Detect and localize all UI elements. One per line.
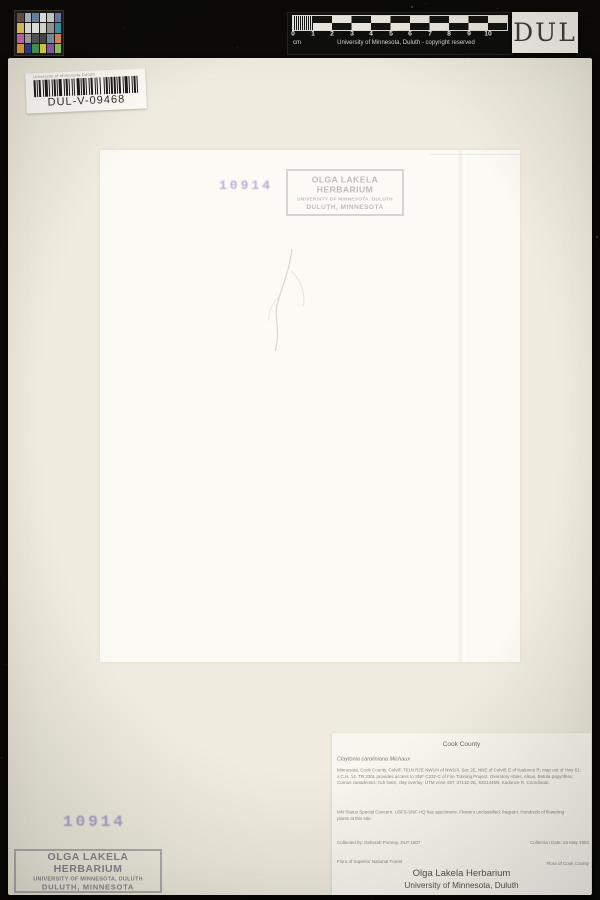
color-patch xyxy=(55,23,62,32)
label-notes: MN Status Special Concern. USFS-SNF-HQ h… xyxy=(337,809,572,822)
herbarium-photo: 012345678910 cm University of Minnesota,… xyxy=(0,0,600,900)
ruler-mm-hatch xyxy=(293,16,313,30)
color-patch xyxy=(40,34,47,43)
collection-code-label: DUL xyxy=(512,12,578,53)
color-patch xyxy=(47,23,54,32)
ruler-caption: University of Minnesota, Duluth - copyri… xyxy=(307,40,505,46)
ruler-tick: 8 xyxy=(447,31,451,37)
color-patch xyxy=(25,34,32,43)
stamp-line-2: UNIVERSITY OF MINNESOTA, DULUTH xyxy=(297,196,393,202)
label-collected-by: Collected by: Deborah Pomroy, DLP 1607 xyxy=(337,840,420,845)
ruler-tick: 5 xyxy=(389,31,393,37)
ruler-tick: 0 xyxy=(291,31,295,37)
ruler-caption-row: cm University of Minnesota, Duluth - cop… xyxy=(293,40,507,50)
color-patch xyxy=(32,44,39,53)
color-patch xyxy=(32,13,39,22)
stamp-line-3: DULUTH, MINNESOTA xyxy=(42,883,134,892)
specimen-sheet xyxy=(100,150,520,662)
stamp-line-1: OLGA LAKELA HERBARIUM xyxy=(288,175,402,195)
label-locality: Minnesota, Cook County, Colvill: T61N R2… xyxy=(337,767,583,786)
color-patch xyxy=(40,23,47,32)
color-patch xyxy=(17,23,24,32)
color-patch xyxy=(55,13,62,22)
ruler-tick: 9 xyxy=(467,31,471,37)
accession-number-bottom: 10914 xyxy=(63,813,126,831)
ruler-tick: 7 xyxy=(428,31,432,37)
label-collection-date: Collection Date: 24 May 1992 xyxy=(530,840,589,845)
color-patch xyxy=(55,44,62,53)
barcode-bar xyxy=(136,76,138,93)
barcode-label: University of Minnesota Duluth DUL-V-094… xyxy=(25,68,147,113)
ruler-scale xyxy=(293,16,507,30)
ruler-tick: 6 xyxy=(408,31,412,37)
ruler-checker-row xyxy=(293,23,507,30)
color-patch xyxy=(17,34,24,43)
label-county: Cook County xyxy=(332,740,591,748)
ruler-unit-label: cm xyxy=(293,40,301,46)
color-patch xyxy=(25,23,32,32)
ruler-checker-row xyxy=(293,16,507,23)
ruler-tick: 1 xyxy=(311,31,315,37)
color-patch xyxy=(47,13,54,22)
color-patch xyxy=(17,44,24,53)
packet-edge xyxy=(430,154,520,155)
label-taxon: Claytonia caroliniana Michaux xyxy=(337,756,410,762)
label-herbarium-name: Olga Lakela Herbarium xyxy=(332,868,591,879)
color-patch xyxy=(25,44,32,53)
color-patch xyxy=(55,34,62,43)
stamp-line-1: OLGA LAKELA HERBARIUM xyxy=(16,851,160,875)
color-patch xyxy=(47,34,54,43)
ruler-tick: 10 xyxy=(484,31,492,37)
color-calibration-chart xyxy=(14,10,64,56)
color-patch xyxy=(32,34,39,43)
specimen-label: Cook County Claytonia caroliniana Michau… xyxy=(332,733,591,895)
color-patch xyxy=(17,13,24,22)
color-patch xyxy=(32,23,39,32)
stamp-line-3: DULUTH, MINNESOTA xyxy=(306,203,383,211)
ruler-tick: 4 xyxy=(369,31,373,37)
ruler-tick: 2 xyxy=(330,31,334,37)
color-patch xyxy=(40,13,47,22)
label-flora-county: Flora of Cook County xyxy=(546,861,589,866)
color-patch xyxy=(25,13,32,22)
label-flora-project: Flora of Superior National Forest xyxy=(337,859,402,864)
accession-number-top: 10914 xyxy=(219,178,273,193)
label-institution: University of Minnesota, Duluth xyxy=(332,881,591,891)
ruler-tick: 3 xyxy=(350,31,354,37)
herbarium-stamp-bottom: OLGA LAKELA HERBARIUM UNIVERSITY OF MINN… xyxy=(14,849,162,893)
specimen-trace xyxy=(250,245,340,355)
color-patch xyxy=(47,44,54,53)
sheet-fold-line xyxy=(457,150,467,662)
scale-bar: 012345678910 cm University of Minnesota,… xyxy=(288,13,512,54)
herbarium-stamp-top: OLGA LAKELA HERBARIUM UNIVERSITY OF MINN… xyxy=(286,169,404,216)
color-patch xyxy=(40,44,47,53)
stamp-line-2: UNIVERSITY OF MINNESOTA, DULUTH xyxy=(33,876,143,882)
